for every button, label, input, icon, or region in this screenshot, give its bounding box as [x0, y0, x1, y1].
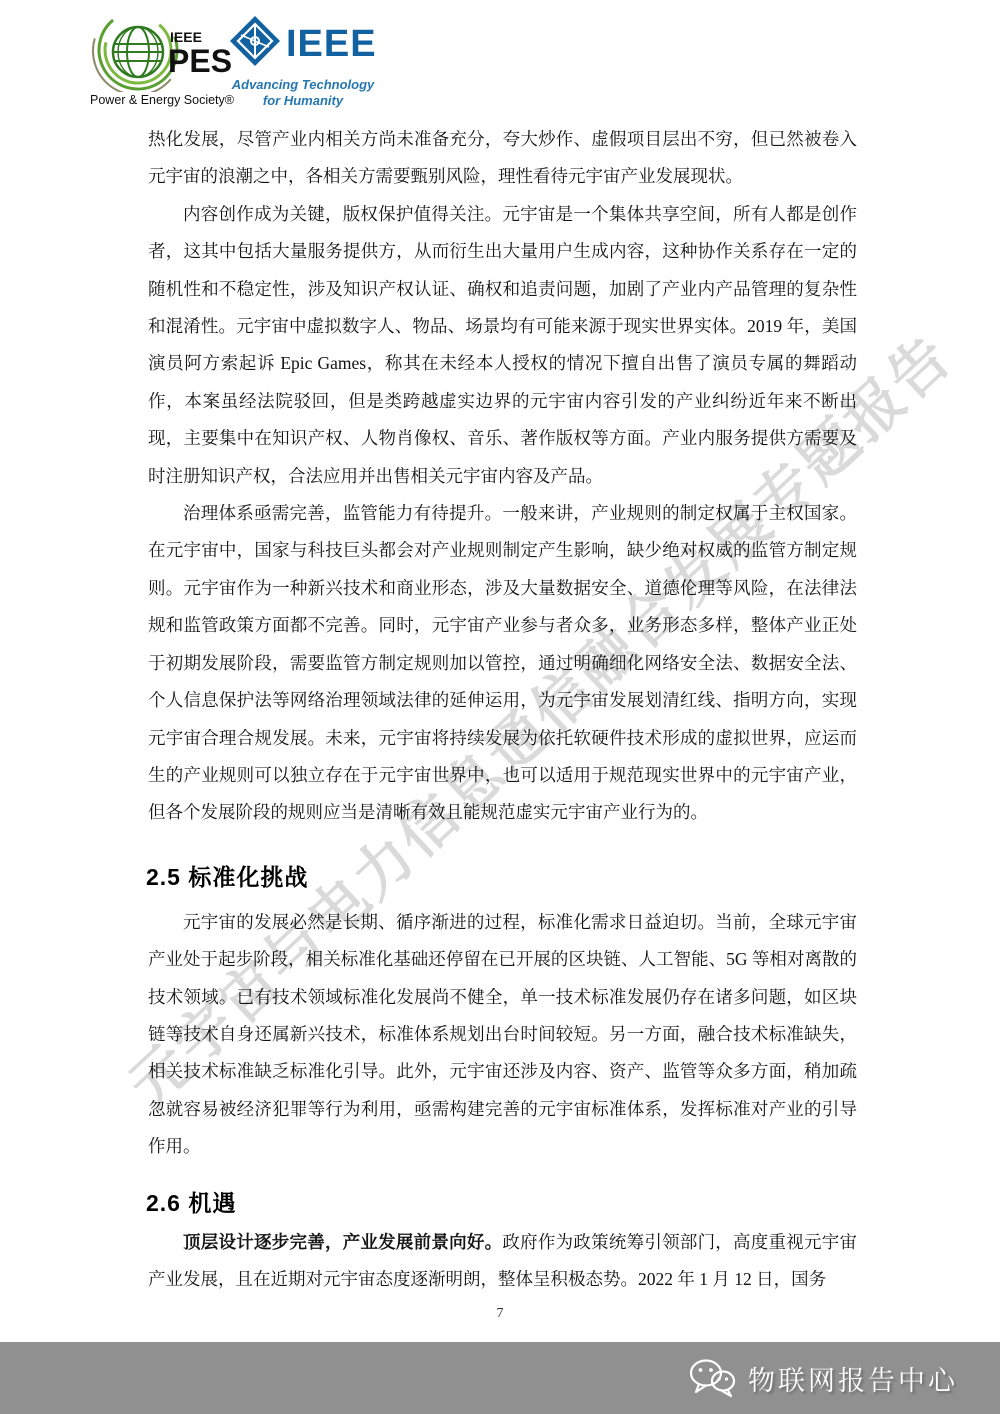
- paragraph-governance: 治理体系亟需完善，监管能力有待提升。一般来讲，产业规则的制定权属于主权国家。在元…: [148, 495, 857, 832]
- brand-block: 物联网报告中心: [688, 1358, 958, 1398]
- paragraph-standardization: 元宇宙的发展必然是长期、循序渐进的过程，标准化需求日益迫切。当前，全球元宇宙产业…: [148, 904, 857, 1166]
- section-heading-2-6: 2.6 机遇: [146, 1188, 857, 1218]
- page-number: 7: [0, 1306, 1000, 1322]
- paragraph-continued: 热化发展，尽管产业内相关方尚未准备充分，夸大炒作、虚假项目层出不穷，但已然被卷入…: [148, 121, 857, 196]
- svg-text:PES: PES: [168, 43, 232, 79]
- ieee-tagline-line2: for Humanity: [228, 93, 378, 109]
- footer-brand-bar: 物联网报告中心: [0, 1342, 1000, 1414]
- ieee-tagline-line1: Advancing Technology: [228, 77, 378, 93]
- ieee-tagline: Advancing Technology for Humanity: [228, 77, 378, 109]
- ieee-pes-logo: IEEE PES Power & Energy Society®: [82, 6, 242, 110]
- paragraph-content-creation: 内容创作成为关键，版权保护值得关注。元宇宙是一个集体共享空间，所有人都是创作者，…: [148, 196, 857, 495]
- document-body: 热化发展，尽管产业内相关方尚未准备充分，夸大炒作、虚假项目层出不穷，但已然被卷入…: [148, 121, 857, 1298]
- ieee-diamond-icon: IEEE: [228, 14, 378, 70]
- pes-tagline: Power & Energy Society®: [82, 93, 242, 107]
- svg-text:IEEE: IEEE: [286, 23, 377, 65]
- ieee-logo: IEEE Advancing Technology for Humanity: [228, 14, 378, 110]
- paragraph-opportunity-lead: 顶层设计逐步完善，产业发展前景向好。: [183, 1232, 502, 1252]
- brand-name: 物联网报告中心: [748, 1359, 958, 1398]
- section-heading-2-5: 2.5 标准化挑战: [146, 862, 857, 892]
- wechat-icon: [688, 1358, 736, 1398]
- ieee-pes-globe-icon: IEEE PES: [82, 6, 242, 92]
- page-header: IEEE PES Power & Energy Society® IEEE Ad…: [0, 0, 1000, 118]
- document-page: { "header": { "pes_logo": { "ieee_small"…: [0, 0, 1000, 1414]
- paragraph-opportunity: 顶层设计逐步完善，产业发展前景向好。政府作为政策统筹引领部门，高度重视元宇宙产业…: [148, 1224, 857, 1299]
